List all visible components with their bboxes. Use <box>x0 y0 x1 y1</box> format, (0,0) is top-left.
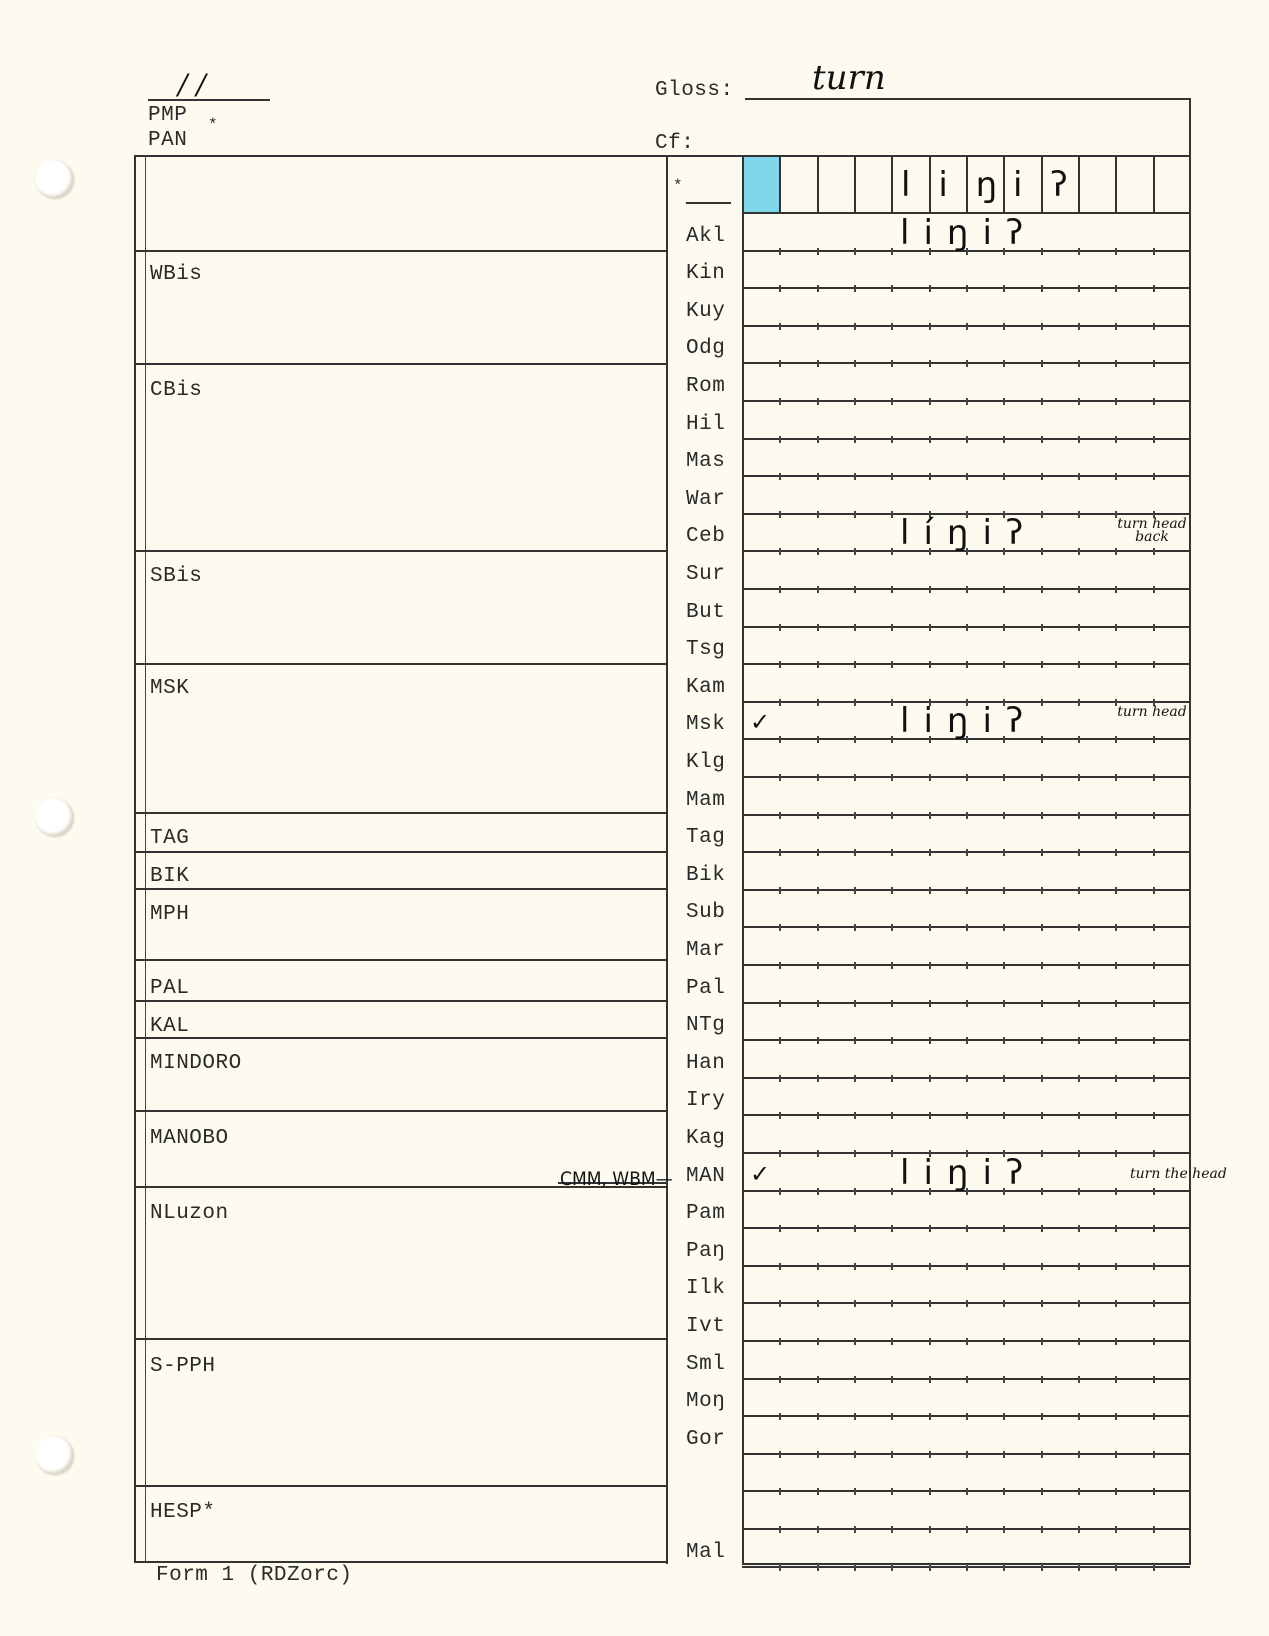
column-tick <box>1078 1564 1080 1571</box>
group-label: MANOBO <box>150 1128 229 1149</box>
group-column-divider <box>666 155 668 1564</box>
column-tick <box>891 285 893 292</box>
language-code: Moŋ <box>686 1391 725 1412</box>
column-tick <box>817 511 819 518</box>
column-tick <box>929 436 931 443</box>
column-tick <box>1153 1526 1155 1533</box>
column-tick <box>1153 849 1155 856</box>
language-code: Ilk <box>686 1278 725 1299</box>
column-tick <box>779 661 781 668</box>
column-tick <box>779 1075 781 1082</box>
column-tick <box>854 1488 856 1495</box>
column-tick <box>929 1075 931 1082</box>
cognate-form[interactable]: liŋiʔ <box>900 704 1037 738</box>
column-tick <box>929 1451 931 1458</box>
column-tick <box>779 887 781 894</box>
column-tick <box>1153 736 1155 743</box>
group-label: SBis <box>150 566 202 587</box>
column-tick <box>854 248 856 255</box>
column-tick <box>1041 586 1043 593</box>
column-tick <box>779 1188 781 1195</box>
gloss-value[interactable]: turn <box>812 58 886 98</box>
column-tick <box>1041 1564 1043 1571</box>
column-tick <box>1041 1376 1043 1383</box>
column-tick <box>966 1300 968 1307</box>
column-tick <box>1041 1451 1043 1458</box>
column-tick <box>1041 962 1043 969</box>
column-tick <box>1078 624 1080 631</box>
column-tick <box>966 323 968 330</box>
binder-hole-top <box>35 160 73 198</box>
gloss-underline <box>745 98 1191 100</box>
column-tick <box>1078 1451 1080 1458</box>
column-tick <box>1041 1300 1043 1307</box>
column-tick <box>1115 736 1117 743</box>
column-tick <box>1003 849 1005 856</box>
reconstruction-segment: i <box>938 168 947 202</box>
column-tick <box>1041 1338 1043 1345</box>
language-code: Mam <box>686 790 725 811</box>
group-divider <box>134 959 668 961</box>
column-tick <box>929 1338 931 1345</box>
column-tick <box>1078 323 1080 330</box>
group-divider <box>134 363 668 365</box>
column-tick <box>1003 360 1005 367</box>
column-tick <box>1003 962 1005 969</box>
highlighted-cell[interactable] <box>742 157 779 213</box>
column-tick <box>817 1150 819 1157</box>
group-divider <box>134 888 668 890</box>
column-tick <box>1003 1037 1005 1044</box>
column-tick <box>1153 1263 1155 1270</box>
language-code: Mar <box>686 940 725 961</box>
column-tick <box>1115 360 1117 367</box>
column-tick <box>779 1413 781 1420</box>
column-tick <box>1041 736 1043 743</box>
column-tick <box>779 1000 781 1007</box>
column-tick <box>1078 774 1080 781</box>
group-label: MPH <box>150 904 189 925</box>
column-tick <box>1153 1150 1155 1157</box>
column-tick <box>854 285 856 292</box>
group-label: MINDORO <box>150 1053 242 1074</box>
column-tick <box>1078 1488 1080 1495</box>
column-tick <box>1115 586 1117 593</box>
group-divider <box>134 812 668 814</box>
column-tick <box>1153 1413 1155 1420</box>
column-tick <box>854 661 856 668</box>
group-divider <box>134 1338 668 1340</box>
right-top-border <box>1189 98 1191 158</box>
column-tick <box>1153 1112 1155 1119</box>
column-tick <box>854 360 856 367</box>
column-tick <box>966 1413 968 1420</box>
gloss-note: turn head <box>1112 706 1192 719</box>
group-label: BIK <box>150 866 189 887</box>
column-tick <box>1153 436 1155 443</box>
column-tick <box>966 924 968 931</box>
column-tick <box>891 1526 893 1533</box>
group-label: PAL <box>150 978 189 999</box>
reconstruction-cell[interactable] <box>1153 157 1190 213</box>
column-tick <box>929 473 931 480</box>
column-tick <box>966 1451 968 1458</box>
column-tick <box>1003 323 1005 330</box>
column-tick <box>1153 624 1155 631</box>
column-tick <box>1153 1188 1155 1195</box>
column-tick <box>1115 1263 1117 1270</box>
column-tick <box>817 1413 819 1420</box>
column-tick <box>854 436 856 443</box>
language-code: Paŋ <box>686 1241 725 1262</box>
column-tick <box>817 624 819 631</box>
column-tick <box>1115 1000 1117 1007</box>
column-tick <box>779 1376 781 1383</box>
column-tick <box>1115 1037 1117 1044</box>
column-tick <box>1003 774 1005 781</box>
column-tick <box>854 1000 856 1007</box>
date-slashes: / / <box>178 68 206 101</box>
reconstruction-cell[interactable] <box>854 157 891 213</box>
pan-label: PAN <box>148 130 187 151</box>
column-tick <box>1003 1376 1005 1383</box>
column-tick <box>1003 398 1005 405</box>
column-tick <box>854 1451 856 1458</box>
column-tick <box>1041 285 1043 292</box>
reconstruction-blank <box>686 202 731 204</box>
column-tick <box>854 586 856 593</box>
column-tick <box>1078 924 1080 931</box>
cognate-form[interactable]: liŋiʔ <box>900 216 1037 250</box>
column-tick <box>1115 1225 1117 1232</box>
column-tick <box>779 774 781 781</box>
column-tick <box>817 699 819 706</box>
column-tick <box>891 1263 893 1270</box>
column-tick <box>966 849 968 856</box>
gloss-note: turn the head <box>1130 1168 1269 1181</box>
reconstruction-segment: i <box>1013 168 1022 202</box>
column-tick <box>1041 774 1043 781</box>
column-tick <box>817 1338 819 1345</box>
reconstruction-cell[interactable] <box>779 157 816 213</box>
column-tick <box>779 285 781 292</box>
column-tick <box>779 436 781 443</box>
column-tick <box>891 1112 893 1119</box>
column-tick <box>966 436 968 443</box>
column-tick <box>817 661 819 668</box>
column-tick <box>966 1526 968 1533</box>
column-tick <box>966 887 968 894</box>
group-label: S-PPH <box>150 1356 216 1377</box>
column-tick <box>779 812 781 819</box>
column-tick <box>1115 1564 1117 1571</box>
group-divider <box>134 851 668 853</box>
column-tick <box>779 1263 781 1270</box>
reconstruction-segment: ŋ <box>976 168 998 202</box>
column-tick <box>817 812 819 819</box>
cognate-form[interactable]: líŋiʔ <box>900 516 1037 550</box>
language-code: Sur <box>686 564 725 585</box>
language-code: Ceb <box>686 526 725 547</box>
column-tick <box>1041 323 1043 330</box>
column-tick <box>966 812 968 819</box>
column-tick <box>891 398 893 405</box>
column-tick <box>817 1075 819 1082</box>
column-tick <box>891 736 893 743</box>
column-tick <box>1078 1263 1080 1270</box>
column-tick <box>891 1413 893 1420</box>
language-code: Gor <box>686 1429 725 1450</box>
column-tick <box>854 1564 856 1571</box>
column-tick <box>891 511 893 518</box>
column-tick <box>929 849 931 856</box>
column-tick <box>1153 1037 1155 1044</box>
table-left-inner-border <box>145 155 146 1562</box>
column-tick <box>929 1488 931 1495</box>
column-tick <box>966 1564 968 1571</box>
column-tick <box>929 586 931 593</box>
column-tick <box>1115 436 1117 443</box>
column-tick <box>779 586 781 593</box>
language-code: Rom <box>686 376 725 397</box>
column-tick <box>817 1263 819 1270</box>
group-label: KAL <box>150 1016 189 1037</box>
column-tick <box>854 1112 856 1119</box>
column-tick <box>779 1037 781 1044</box>
column-tick <box>779 1338 781 1345</box>
column-tick <box>1078 285 1080 292</box>
column-tick <box>1078 1075 1080 1082</box>
column-tick <box>929 887 931 894</box>
column-tick <box>779 1488 781 1495</box>
column-tick <box>1041 511 1043 518</box>
column-tick <box>854 511 856 518</box>
checkmark-icon: ✓ <box>750 1160 770 1188</box>
column-tick <box>1003 1451 1005 1458</box>
cf-label: Cf: <box>655 133 694 154</box>
column-tick <box>817 1112 819 1119</box>
column-tick <box>1003 624 1005 631</box>
group-label: MSK <box>150 678 189 699</box>
column-tick <box>1153 1488 1155 1495</box>
column-tick <box>1115 548 1117 555</box>
column-tick <box>966 1338 968 1345</box>
group-divider <box>134 250 668 252</box>
checkmark-icon: ✓ <box>750 708 770 736</box>
group-label: WBis <box>150 264 202 285</box>
column-tick <box>1041 924 1043 931</box>
column-tick <box>854 1225 856 1232</box>
column-tick <box>1078 1300 1080 1307</box>
column-tick <box>779 1225 781 1232</box>
column-tick <box>1115 962 1117 969</box>
column-tick <box>854 1376 856 1383</box>
cognate-form[interactable]: liŋiʔ <box>900 1156 1037 1190</box>
column-tick <box>779 699 781 706</box>
column-tick <box>817 849 819 856</box>
column-tick <box>1115 887 1117 894</box>
column-tick <box>1153 398 1155 405</box>
column-tick <box>891 1150 893 1157</box>
reconstruction-cell[interactable] <box>1115 157 1152 213</box>
column-tick <box>1078 473 1080 480</box>
column-tick <box>891 1225 893 1232</box>
group-divider <box>134 1037 668 1039</box>
language-code: Han <box>686 1053 725 1074</box>
column-tick <box>891 1037 893 1044</box>
column-tick <box>817 248 819 255</box>
column-tick <box>1003 473 1005 480</box>
column-tick <box>779 473 781 480</box>
column-tick <box>854 736 856 743</box>
language-code: Akl <box>686 226 725 247</box>
language-code: Sml <box>686 1354 725 1375</box>
column-tick <box>854 323 856 330</box>
reconstruction-cell[interactable] <box>1078 157 1115 213</box>
column-tick <box>891 586 893 593</box>
column-tick <box>1078 360 1080 367</box>
column-tick <box>1078 1037 1080 1044</box>
column-tick <box>1078 1376 1080 1383</box>
column-tick <box>1078 511 1080 518</box>
column-tick <box>1115 1112 1117 1119</box>
column-tick <box>929 1263 931 1270</box>
column-tick <box>854 1037 856 1044</box>
column-tick <box>1003 1413 1005 1420</box>
column-tick <box>817 1000 819 1007</box>
reconstruction-segment: ʔ <box>1050 168 1067 202</box>
column-tick <box>1115 248 1117 255</box>
code-column-divider <box>742 155 744 1564</box>
group-divider <box>134 1000 668 1002</box>
column-tick <box>1041 661 1043 668</box>
column-tick <box>779 323 781 330</box>
language-code: Ivt <box>686 1316 725 1337</box>
language-code: Pam <box>686 1203 725 1224</box>
column-tick <box>854 624 856 631</box>
column-tick <box>966 1263 968 1270</box>
column-tick <box>817 887 819 894</box>
column-tick <box>1115 624 1117 631</box>
column-tick <box>1153 1338 1155 1345</box>
column-tick <box>966 285 968 292</box>
language-code: Kin <box>686 263 725 284</box>
column-tick <box>1115 1075 1117 1082</box>
column-tick <box>1115 1526 1117 1533</box>
column-tick <box>1003 1075 1005 1082</box>
column-tick <box>1078 1112 1080 1119</box>
column-tick <box>1003 924 1005 931</box>
column-tick <box>854 962 856 969</box>
column-tick <box>1115 1150 1117 1157</box>
column-tick <box>1153 586 1155 593</box>
column-tick <box>929 1112 931 1119</box>
column-tick <box>1003 1564 1005 1571</box>
column-tick <box>929 774 931 781</box>
column-tick <box>929 360 931 367</box>
column-tick <box>1041 1488 1043 1495</box>
column-tick <box>1041 849 1043 856</box>
column-tick <box>779 624 781 631</box>
column-tick <box>1115 1488 1117 1495</box>
column-tick <box>854 774 856 781</box>
column-tick <box>817 1225 819 1232</box>
column-tick <box>1003 1263 1005 1270</box>
column-tick <box>854 1413 856 1420</box>
language-code: Sub <box>686 902 725 923</box>
gloss-note: turn head back <box>1112 518 1192 544</box>
column-tick <box>779 924 781 931</box>
column-tick <box>1078 1000 1080 1007</box>
column-tick <box>1153 360 1155 367</box>
table-bottom-border-left <box>134 1561 668 1563</box>
column-tick <box>1078 398 1080 405</box>
language-code: Kam <box>686 677 725 698</box>
column-tick <box>891 1564 893 1571</box>
column-tick <box>1115 323 1117 330</box>
column-tick <box>891 1488 893 1495</box>
column-tick <box>891 1338 893 1345</box>
column-tick <box>1041 398 1043 405</box>
column-tick <box>817 323 819 330</box>
column-tick <box>779 1150 781 1157</box>
column-tick <box>1078 849 1080 856</box>
column-tick <box>817 1188 819 1195</box>
group-label: CBis <box>150 380 202 401</box>
column-tick <box>817 586 819 593</box>
column-tick <box>1153 1000 1155 1007</box>
column-tick <box>1078 1225 1080 1232</box>
column-tick <box>1041 1225 1043 1232</box>
pmp-star: * <box>208 117 218 133</box>
column-tick <box>1153 1075 1155 1082</box>
column-tick <box>817 548 819 555</box>
column-tick <box>779 736 781 743</box>
column-tick <box>929 1564 931 1571</box>
column-tick <box>1078 699 1080 706</box>
language-code: But <box>686 602 725 623</box>
language-code: MAN <box>686 1166 725 1187</box>
column-tick <box>854 887 856 894</box>
column-tick <box>1041 1112 1043 1119</box>
column-tick <box>1041 436 1043 443</box>
column-tick <box>929 624 931 631</box>
column-tick <box>1115 1413 1117 1420</box>
column-tick <box>929 323 931 330</box>
column-tick <box>1115 924 1117 931</box>
reconstruction-cell[interactable] <box>817 157 854 213</box>
column-tick <box>1003 887 1005 894</box>
table-right-border <box>1189 155 1191 1565</box>
column-tick <box>891 1300 893 1307</box>
column-tick <box>817 1564 819 1571</box>
column-tick <box>1115 812 1117 819</box>
column-tick <box>891 548 893 555</box>
language-code: Tsg <box>686 639 725 660</box>
column-tick <box>1078 1188 1080 1195</box>
column-tick <box>891 1000 893 1007</box>
column-tick <box>817 1300 819 1307</box>
column-tick <box>1041 699 1043 706</box>
column-tick <box>929 1300 931 1307</box>
group-divider <box>134 663 668 665</box>
language-code: Bik <box>686 865 725 886</box>
column-tick <box>1003 1112 1005 1119</box>
column-tick <box>817 1488 819 1495</box>
column-tick <box>854 1300 856 1307</box>
column-tick <box>779 548 781 555</box>
column-tick <box>891 624 893 631</box>
